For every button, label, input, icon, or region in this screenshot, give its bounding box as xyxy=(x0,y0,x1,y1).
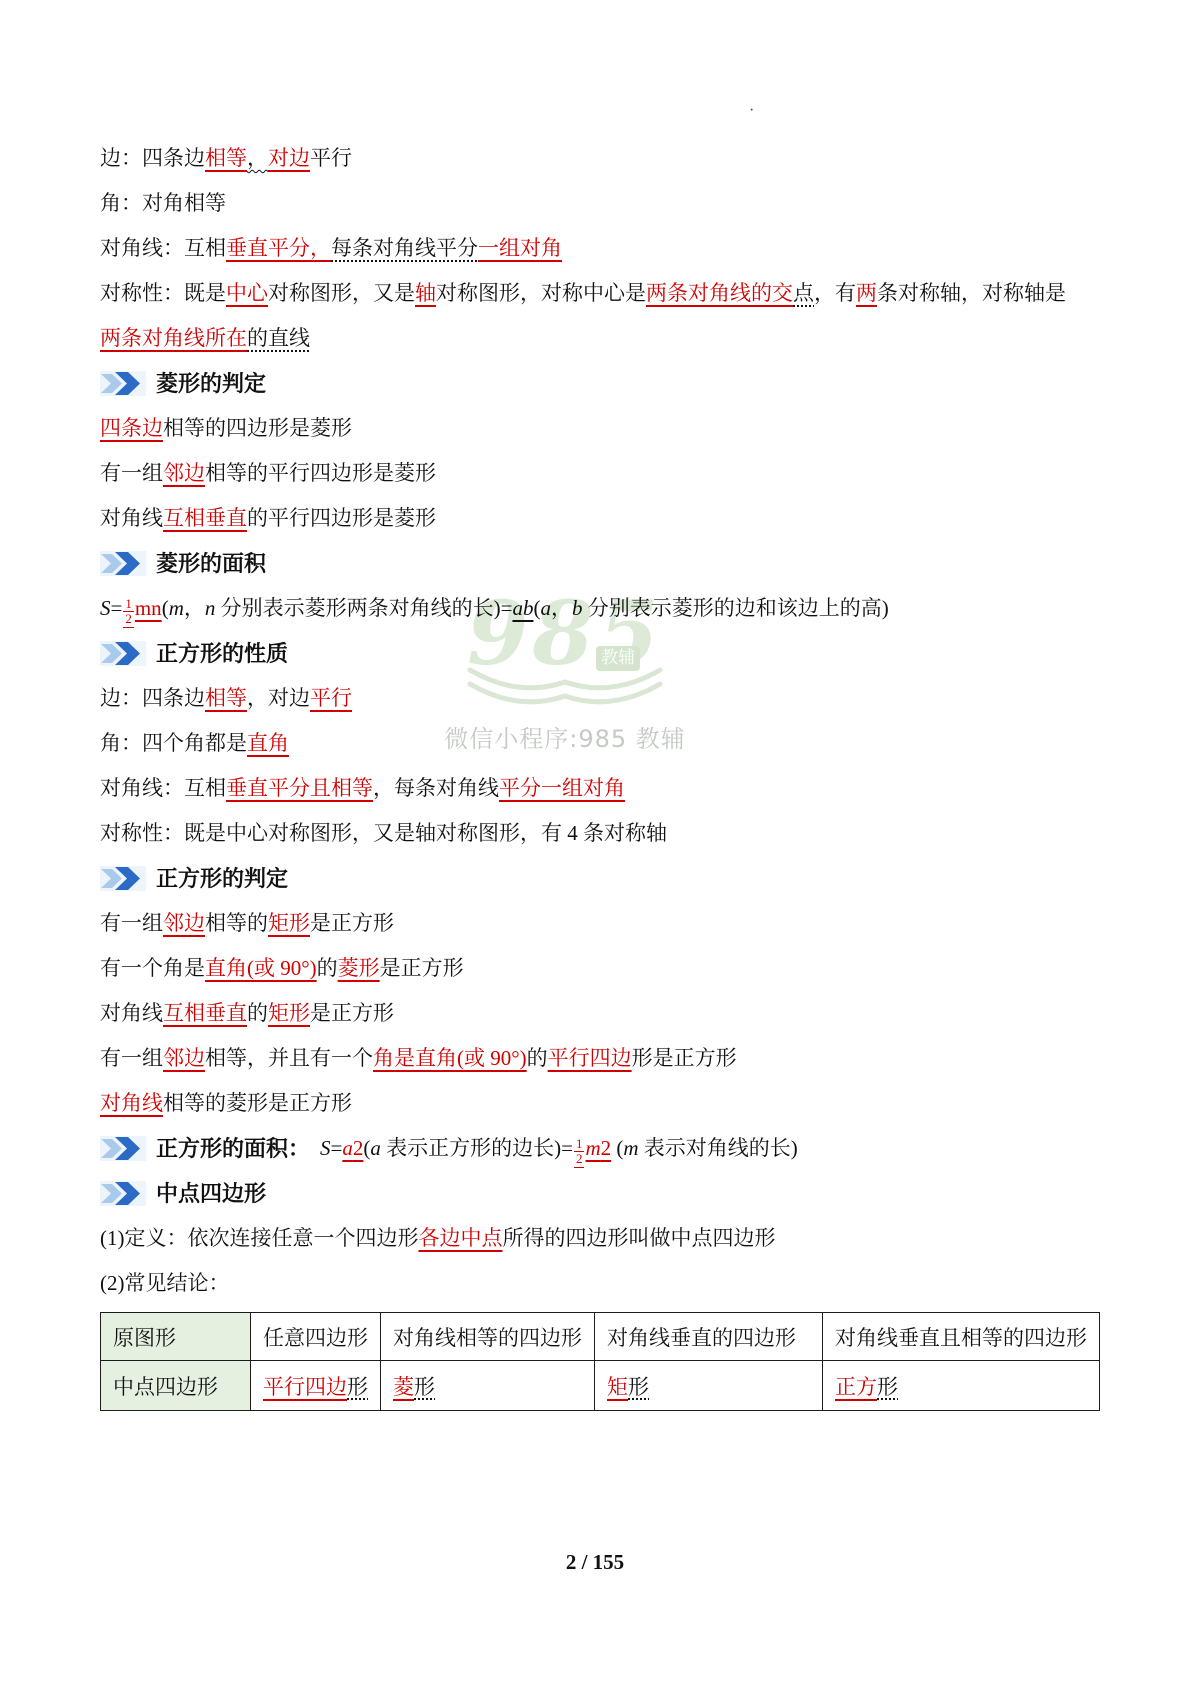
text-run: 各边中点 xyxy=(419,1226,503,1250)
text-run: S xyxy=(320,1136,331,1160)
text-run: 垂直平分且相等 xyxy=(226,776,373,800)
text-run: = xyxy=(331,1136,343,1160)
text-run: 两 xyxy=(856,281,877,305)
text-run: 的 xyxy=(247,1001,268,1025)
table-row: 原图形任意四边形对角线相等的四边形对角线垂直的四边形对角线垂直且相等的四边形 xyxy=(101,1313,1100,1361)
text-run: 垂直平分， xyxy=(226,236,331,260)
text-run: 是正方形 xyxy=(380,956,464,980)
text-run: 对称图形，又是 xyxy=(268,281,415,305)
text-run: 相等，并且有一个 xyxy=(205,1046,373,1070)
text-run: 有一组 xyxy=(100,461,163,485)
text-run: 角：四个角都是 xyxy=(100,731,247,755)
double-chevron-icon xyxy=(100,551,146,576)
text-run: m xyxy=(623,1136,638,1160)
text-run: 对角线垂直且相等的四边形 xyxy=(835,1326,1087,1350)
section-title: 菱形的面积 xyxy=(156,541,266,586)
text-run: 轴 xyxy=(415,281,436,305)
table-cell: 正方形 xyxy=(823,1361,1100,1411)
text-run: 角：对角相等 xyxy=(100,191,226,215)
text-run: 相等的 xyxy=(205,911,268,935)
text-run: 对角线 xyxy=(100,1001,163,1025)
text-run: (2)常见结论： xyxy=(100,1271,230,1295)
text-run: 是正方形 xyxy=(310,911,394,935)
text-run: mn xyxy=(135,596,162,620)
table-cell: 菱形 xyxy=(381,1361,595,1411)
text-run: 平行四边 xyxy=(263,1375,347,1399)
paragraph: (2)常见结论： xyxy=(100,1261,1100,1306)
text-run: ，对边 xyxy=(247,686,310,710)
paragraph: 对角线互相垂直的矩形是正方形 xyxy=(100,991,1100,1036)
text-run: 形 xyxy=(347,1375,368,1399)
text-run: 相等 xyxy=(205,146,247,170)
text-run: 点 xyxy=(793,281,814,305)
text-run: 平行四边 xyxy=(548,1046,632,1070)
text-run: 有一组 xyxy=(100,1046,163,1070)
text-run: 邻边 xyxy=(163,911,205,935)
text-run: 分别表示菱形的边和该边上的高) xyxy=(582,596,888,620)
section-heading: 菱形的面积 xyxy=(100,541,1100,586)
text-run: 任意四边形 xyxy=(263,1326,368,1350)
text-run: 的 xyxy=(317,956,338,980)
text-run: 中点四边形 xyxy=(113,1375,218,1399)
text-run: = xyxy=(111,596,123,620)
paragraph: 对角线相等的菱形是正方形 xyxy=(100,1081,1100,1126)
paragraph: 有一组邻边相等，并且有一个角是直角(或 90°)的平行四边形是正方形 xyxy=(100,1036,1100,1081)
text-run: 对角线：互相 xyxy=(100,236,226,260)
section-heading: 正方形的面积：S=a2(a 表示正方形的边长)=12m2 (m 表示对角线的长) xyxy=(100,1126,1100,1171)
text-run: 平分一组对角 xyxy=(499,776,625,800)
text-run: 对边 xyxy=(268,146,310,170)
text-run: (1)定义：依次连接任意一个四边形 xyxy=(100,1226,419,1250)
midpoint-quadrilateral-table: 原图形任意四边形对角线相等的四边形对角线垂直的四边形对角线垂直且相等的四边形中点… xyxy=(100,1312,1100,1411)
paragraph: (1)定义：依次连接任意一个四边形各边中点所得的四边形叫做中点四边形 xyxy=(100,1216,1100,1261)
text-run: ，有 xyxy=(814,281,856,305)
text-run: 菱形 xyxy=(338,956,380,980)
paragraph: 角：对角相等 xyxy=(100,181,1100,226)
text-run: 有一组 xyxy=(100,911,163,935)
paragraph: 边：四条边相等，对边平行 xyxy=(100,676,1100,721)
document-content: 边：四条边相等，对边平行角：对角相等对角线：互相垂直平分，每条对角线平分一组对角… xyxy=(0,0,1190,1411)
paragraph: 两条对角线所在的直线 xyxy=(100,316,1100,361)
text-run: 2 xyxy=(601,1136,612,1160)
paragraph: 角：四个角都是直角 xyxy=(100,721,1100,766)
text-run: 2 xyxy=(353,1136,364,1160)
text-run: 中心 xyxy=(226,281,268,305)
text-run: 的 xyxy=(527,1046,548,1070)
text-run: m xyxy=(169,596,184,620)
text-run: 的平行四边形是菱形 xyxy=(247,506,436,530)
text-run: 正方 xyxy=(835,1375,877,1399)
text-run: n xyxy=(205,596,216,620)
table-cell: 对角线垂直且相等的四边形 xyxy=(823,1313,1100,1361)
section-title: 正方形的面积： xyxy=(156,1126,310,1171)
section-title: 正方形的判定 xyxy=(156,856,288,901)
text-run: 条对称轴，对称轴是 xyxy=(877,281,1066,305)
text-run: 矩 xyxy=(607,1375,628,1399)
paragraph: 对称性：既是中心对称图形，又是轴对称图形，对称中心是两条对角线的交点，有两条对称… xyxy=(100,271,1100,316)
table-row: 中点四边形平行四边形菱形矩形正方形 xyxy=(101,1361,1100,1411)
text-run: 平行 xyxy=(310,686,352,710)
text-run: 矩形 xyxy=(268,1001,310,1025)
text-run: 对角线 xyxy=(100,506,163,530)
text-run: 原图形 xyxy=(113,1326,176,1350)
section-heading: 正方形的判定 xyxy=(100,856,1100,901)
text-run: 两条对角线所在 xyxy=(100,326,247,350)
table-cell: 对角线相等的四边形 xyxy=(381,1313,595,1361)
text-run: a xyxy=(342,1136,353,1160)
double-chevron-icon xyxy=(100,1181,146,1206)
paragraph: 边：四条边相等，对边平行 xyxy=(100,136,1100,181)
text-run: 边：四条边 xyxy=(100,686,205,710)
text-run: 对角线 xyxy=(100,1091,163,1115)
section-title: 正方形的性质 xyxy=(156,631,288,676)
text-run: S xyxy=(100,596,111,620)
section-title: 菱形的判定 xyxy=(156,361,266,406)
text-run: a xyxy=(370,1136,381,1160)
fraction: 12 xyxy=(123,597,134,627)
section-heading: 中点四边形 xyxy=(100,1171,1100,1216)
text-run: ， xyxy=(551,596,572,620)
double-chevron-icon xyxy=(100,866,146,891)
text-run: 四条边 xyxy=(100,416,163,440)
text-run: 形 xyxy=(414,1375,435,1399)
text-run: 形 xyxy=(628,1375,649,1399)
text-run: 两条对角线的交 xyxy=(646,281,793,305)
section-heading: 菱形的判定 xyxy=(100,361,1100,406)
text-run: 互相垂直 xyxy=(163,1001,247,1025)
text-run: 相等的平行四边形是菱形 xyxy=(205,461,436,485)
text-run: 分别表示菱形两条对角线的长)= xyxy=(215,596,512,620)
text-run: 一组对角 xyxy=(478,236,562,260)
double-chevron-icon xyxy=(100,1136,146,1161)
double-chevron-icon xyxy=(100,641,146,666)
text-run: 对角线垂直的四边形 xyxy=(607,1326,796,1350)
text-run: 菱 xyxy=(393,1375,414,1399)
paragraph: 对角线：互相垂直平分且相等，每条对角线平分一组对角 xyxy=(100,766,1100,811)
table-cell: 中点四边形 xyxy=(101,1361,251,1411)
text-run: 相等的菱形是正方形 xyxy=(163,1091,352,1115)
document-page: { "page": { "number_label": "2 / 155" },… xyxy=(0,0,1190,1683)
paragraph: 四条边相等的四边形是菱形 xyxy=(100,406,1100,451)
text-run: 对称性：既是 xyxy=(100,281,226,305)
text-run: 互相垂直 xyxy=(163,506,247,530)
text-run: 对角线：互相 xyxy=(100,776,226,800)
table-cell: 对角线垂直的四边形 xyxy=(595,1313,823,1361)
text-run: 对角线相等的四边形 xyxy=(393,1326,582,1350)
paragraph: 对角线：互相垂直平分，每条对角线平分一组对角 xyxy=(100,226,1100,271)
text-run: ， xyxy=(184,596,205,620)
text-run: 直角(或 90°) xyxy=(205,956,317,980)
paragraph: 对角线互相垂直的平行四边形是菱形 xyxy=(100,496,1100,541)
text-run: 形 xyxy=(877,1375,898,1399)
text-run: 边：四条边 xyxy=(100,146,205,170)
text-run: 对称图形，对称中心是 xyxy=(436,281,646,305)
text-run: 表示正方形的边长)= xyxy=(381,1136,573,1160)
text-run: ( xyxy=(611,1136,623,1160)
text-run: 是正方形 xyxy=(310,1001,394,1025)
text-run: b xyxy=(572,596,583,620)
text-run: 矩形 xyxy=(268,911,310,935)
text-run: 相等 xyxy=(205,686,247,710)
text-run: 表示对角线的长) xyxy=(639,1136,798,1160)
table-cell: 矩形 xyxy=(595,1361,823,1411)
text-run: ， xyxy=(247,146,268,170)
text-run: 邻边 xyxy=(163,461,205,485)
text-run: ，每条对角线 xyxy=(373,776,499,800)
table-cell: 平行四边形 xyxy=(251,1361,381,1411)
fraction: 12 xyxy=(574,1137,585,1167)
table-cell: 原图形 xyxy=(101,1313,251,1361)
text-run: 角是直角(或 90°) xyxy=(373,1046,527,1070)
text-run: ab xyxy=(512,596,533,620)
section-title: 中点四边形 xyxy=(156,1171,266,1216)
text-run: 有一个角是 xyxy=(100,956,205,980)
paragraph: 对称性：既是中心对称图形，又是轴对称图形，有 4 条对称轴 xyxy=(100,811,1100,856)
text-run: 对称性：既是中心对称图形，又是轴对称图形，有 4 条对称轴 xyxy=(100,821,667,845)
text-run: ( xyxy=(162,596,169,620)
paragraph: S=12mn(m，n 分别表示菱形两条对角线的长)=ab(a，b 分别表示菱形的… xyxy=(100,586,1100,631)
text-run: 形是正方形 xyxy=(632,1046,737,1070)
text-run: 每条对角线平分 xyxy=(331,236,478,260)
text-run: 直角 xyxy=(247,731,289,755)
text-run: m xyxy=(585,1136,600,1160)
paragraph: 有一个角是直角(或 90°)的菱形是正方形 xyxy=(100,946,1100,991)
text-run: 所得的四边形叫做中点四边形 xyxy=(503,1226,776,1250)
text-run: 邻边 xyxy=(163,1046,205,1070)
section-heading: 正方形的性质 xyxy=(100,631,1100,676)
formula: S=a2(a 表示正方形的边长)=12m2 (m 表示对角线的长) xyxy=(320,1126,798,1171)
paragraph: 有一组邻边相等的平行四边形是菱形 xyxy=(100,451,1100,496)
text-run: 平行 xyxy=(310,146,352,170)
double-chevron-icon xyxy=(100,371,146,396)
text-run: 的直线 xyxy=(247,326,310,350)
table-cell: 任意四边形 xyxy=(251,1313,381,1361)
text-run: a xyxy=(540,596,551,620)
text-run: 相等的四边形是菱形 xyxy=(163,416,352,440)
paragraph: 有一组邻边相等的矩形是正方形 xyxy=(100,901,1100,946)
page-number: 2 / 155 xyxy=(0,1550,1190,1575)
